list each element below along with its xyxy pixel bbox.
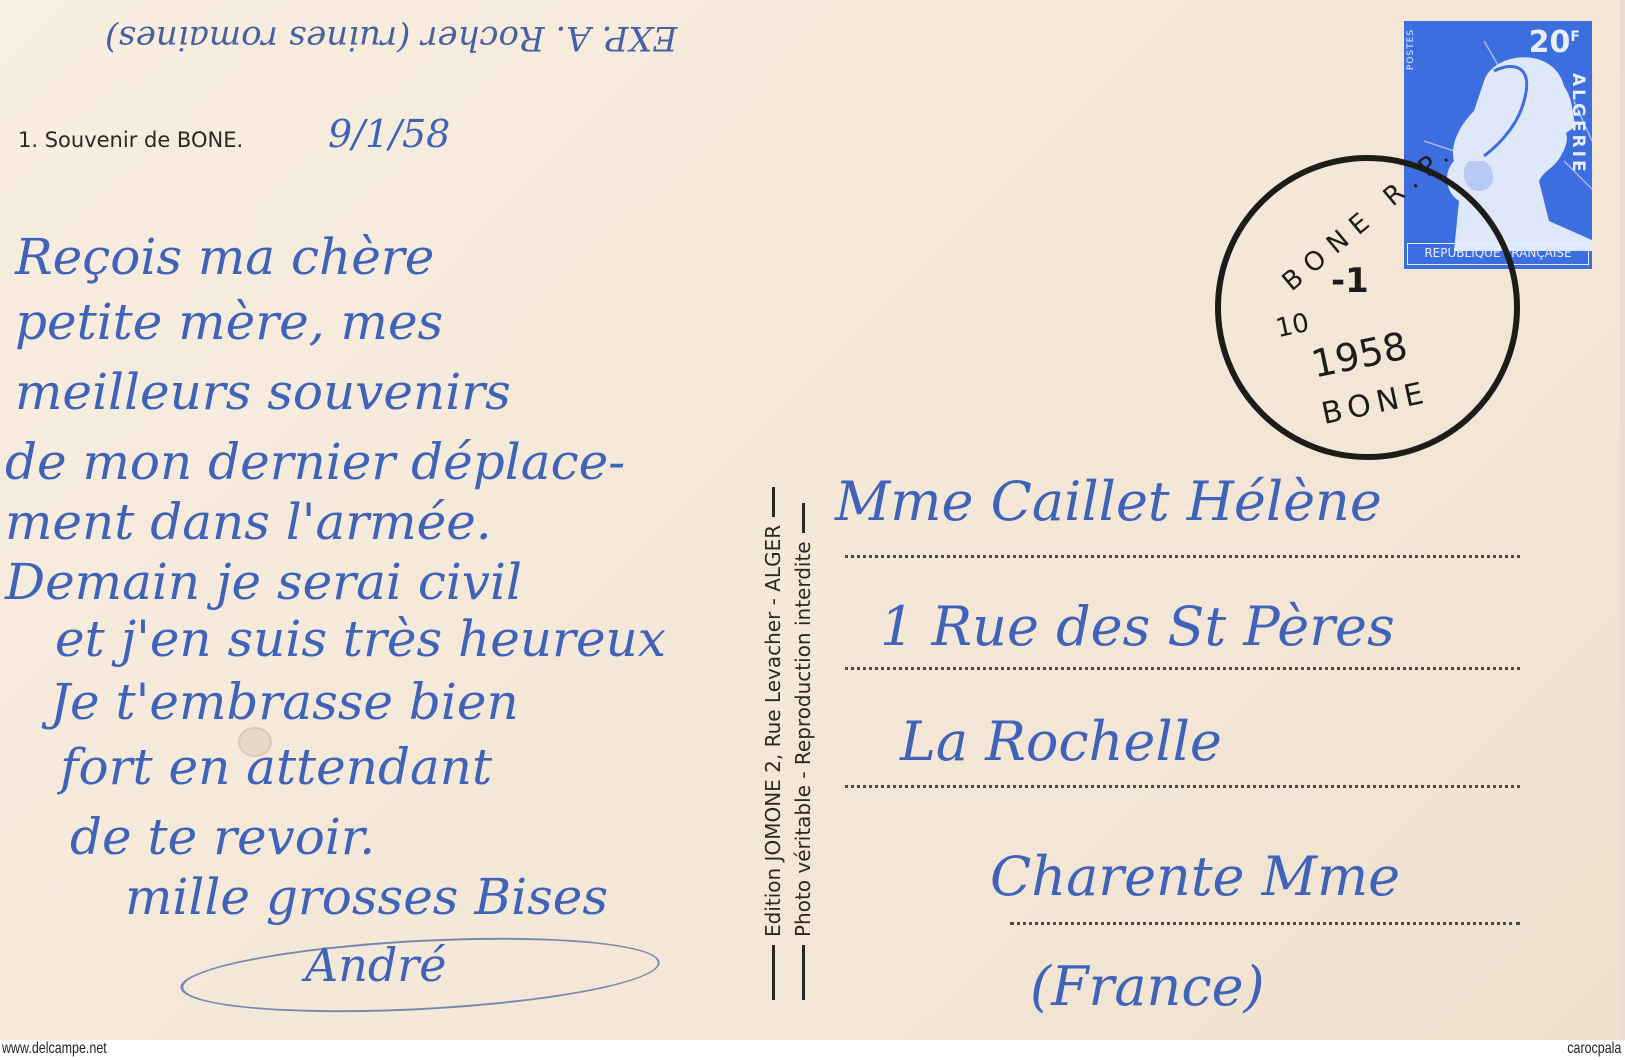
stamp-value: 20F [1529, 25, 1580, 60]
address-city: La Rochelle [900, 710, 1222, 773]
postcard-back: EXP. A. Rocher (ruines romaines) 1. Souv… [0, 0, 1625, 1040]
address-street: 1 Rue des St Pères [880, 595, 1395, 658]
message-line: Je t'embrasse bien [50, 673, 519, 731]
address-dotted-line [845, 667, 1520, 670]
handwritten-date: 9/1/58 [328, 112, 450, 156]
message-line: et j'en suis très heureux [55, 610, 666, 668]
publisher-line-1: Edition JOMONE 2, Rue Levacher - ALGER [761, 517, 785, 945]
address-dotted-line [1010, 922, 1520, 925]
message-line: ment dans l'armée. [5, 493, 492, 551]
address-department: Charente Mme [990, 845, 1400, 908]
address-dotted-line [845, 785, 1520, 788]
postcard-caption: 1. Souvenir de BONE. [18, 128, 243, 152]
address-country: (France) [1030, 955, 1265, 1018]
message-line: de te revoir. [70, 808, 375, 866]
paper-stain [238, 727, 272, 757]
address-recipient: Mme Caillet Hélène [835, 470, 1382, 533]
upside-down-note: EXP. A. Rocher (ruines romaines) [105, 18, 677, 58]
postmark-year: 1958 [1307, 323, 1411, 386]
message-line: Demain je serai civil [5, 553, 522, 611]
message-line: Reçois ma chère [15, 228, 434, 286]
postmark-city: BONE [1319, 375, 1433, 432]
stamp-country: ALGERIE [1568, 73, 1588, 175]
stamp-postes-label: POSTES [1406, 29, 1416, 70]
publisher-line-2: Photo véritable - Reproduction interdite [791, 533, 815, 945]
message-line: fort en attendant [60, 738, 492, 796]
postmark-month: -1 [1331, 261, 1369, 301]
message-line: mille grosses Bises [125, 868, 608, 926]
address-dotted-line [845, 555, 1520, 558]
postmark: BONE R.P. 10 -1 1958 BONE [1215, 155, 1520, 460]
message-line: petite mère, mes [15, 293, 443, 351]
watermark-seller: carocpala [1567, 1040, 1621, 1058]
message-line: de mon dernier déplace- [5, 433, 625, 491]
message-line: meilleurs souvenirs [15, 363, 511, 421]
signature: André [305, 938, 447, 992]
postmark-day: 10 [1273, 308, 1312, 344]
postmark-top-text: BONE R.P. [1277, 135, 1463, 298]
publisher-imprint: Edition JOMONE 2, Rue Levacher - ALGER P… [758, 220, 818, 1000]
watermark-site: www.delcampe.net [2, 1040, 107, 1058]
